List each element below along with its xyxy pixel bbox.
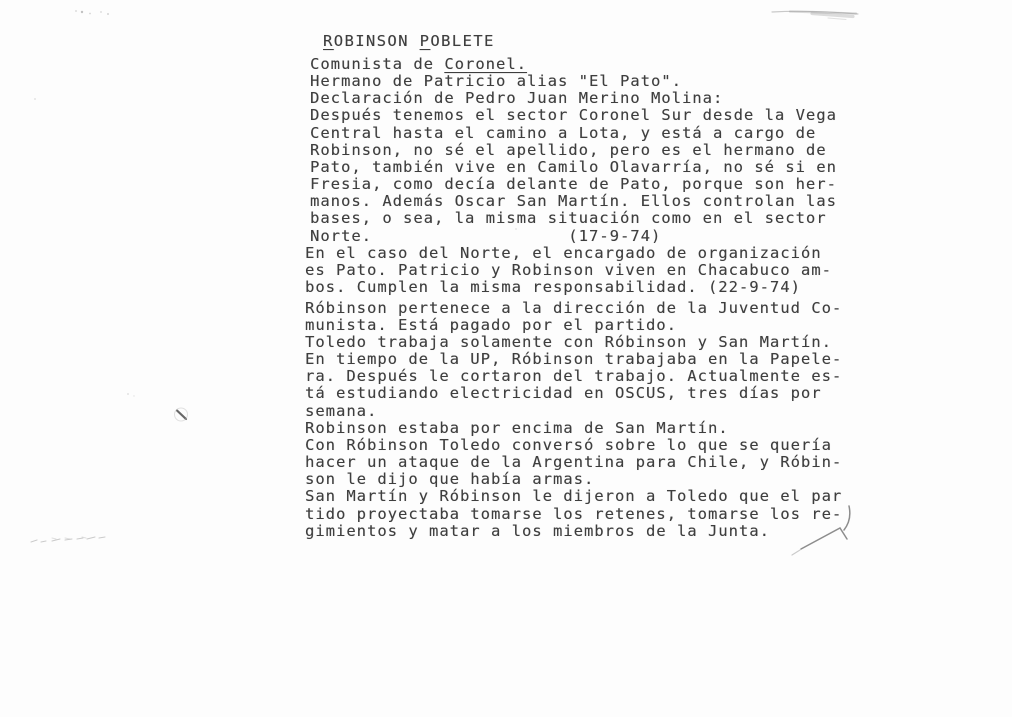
text-segment: Declaración de Pedro Juan Merino Molina: (310, 89, 723, 107)
document-line: Con Róbinson Toledo conversó sobre lo qu… (305, 437, 842, 454)
document-line: ra. Después le cortaron del trabajo. Act… (305, 368, 842, 385)
document-line: son le dijo que había armas. (305, 471, 842, 488)
text-segment: Fresia, como decía delante de Pato, porq… (310, 175, 837, 193)
text-segment: son le dijo que había armas. (305, 470, 594, 488)
text-segment: En tiempo de la UP, Róbinson trabajaba e… (305, 350, 842, 368)
document-line: tido proyectaba tomarse los retenes, tom… (305, 506, 842, 523)
document-line: tá estudiando electricidad en OSCUS, tre… (305, 385, 842, 402)
text-segment: Central hasta el camino a Lota, y está a… (310, 124, 816, 142)
text-segment: hacer un ataque de la Argentina para Chi… (305, 453, 842, 471)
text-segment: munista. Está pagado por el partido. (305, 316, 677, 334)
document-line: Central hasta el camino a Lota, y está a… (310, 125, 842, 142)
text-segment: Robinson, no sé el apellido, pero es el … (310, 141, 827, 159)
document-line: manos. Además Oscar San Martín. Ellos co… (310, 193, 842, 210)
document-line: Robinson, no sé el apellido, pero es el … (310, 142, 842, 159)
document-line: hacer un ataque de la Argentina para Chi… (305, 454, 842, 471)
text-segment: ra. Después le cortaron del trabajo. Act… (305, 367, 842, 385)
text-segment: Pato, también vive en Camilo Olavarría, … (310, 158, 837, 176)
text-segment: es Pato. Patricio y Robinson viven en Ch… (305, 261, 832, 279)
document-line: Pato, también vive en Camilo Olavarría, … (310, 159, 842, 176)
document-line: bos. Cumplen la misma responsabilidad. (… (305, 279, 842, 296)
text-segment: bases, o sea, la misma situación como en… (310, 209, 827, 227)
document-line: En el caso del Norte, el encargado de or… (305, 245, 842, 262)
document-line: En tiempo de la UP, Róbinson trabajaba e… (305, 351, 842, 368)
document-line: Hermano de Patricio alias "El Pato". (310, 73, 842, 90)
document-lines: Comunista de Coronel.Hermano de Patricio… (305, 56, 842, 540)
underlined-text: P (420, 32, 431, 50)
text-segment: semana. (305, 402, 377, 420)
document-line: Después tenemos el sector Coronel Sur de… (310, 107, 842, 124)
document-line: Róbinson pertenece a la dirección de la … (305, 300, 842, 317)
document-line: Toledo trabaja solamente con Róbinson y … (305, 334, 842, 351)
text-segment: gimientos y matar a los miembros de la J… (305, 522, 770, 540)
pencil-scribble-icon (31, 537, 105, 542)
page-title: ROBINSON POBLETE (323, 33, 495, 50)
text-segment: San Martín y Róbinson le dijeron a Toled… (305, 487, 842, 505)
document-page: ROBINSON POBLETE Comunista de Coronel.He… (0, 0, 1012, 717)
document-line: Comunista de Coronel. (310, 56, 842, 73)
text-segment: tido proyectaba tomarse los retenes, tom… (305, 505, 842, 523)
document-line: San Martín y Róbinson le dijeron a Toled… (305, 488, 842, 505)
text-segment: Norte. (17-9-74) (310, 227, 661, 245)
underlined-text: R (323, 32, 334, 50)
text-segment: Toledo trabaja solamente con Róbinson y … (305, 333, 832, 351)
text-segment: Róbinson pertenece a la dirección de la … (305, 299, 842, 317)
text-segment: tá estudiando electricidad en OSCUS, tre… (305, 384, 822, 402)
text-segment: En el caso del Norte, el encargado de or… (305, 244, 822, 262)
text-segment: Hermano de Patricio alias "El Pato". (310, 72, 682, 90)
document-line: Fresia, como decía delante de Pato, porq… (310, 176, 842, 193)
text-segment: OBINSON (334, 32, 420, 50)
document-line: semana. (305, 403, 842, 420)
text-segment: Comunista de (310, 55, 444, 73)
text-segment: Con Róbinson Toledo conversó sobre lo qu… (305, 436, 832, 454)
document-line: bases, o sea, la misma situación como en… (310, 210, 842, 227)
text-segment: Robinson estaba por encima de San Martín… (305, 419, 729, 437)
text-segment: manos. Además Oscar San Martín. Ellos co… (310, 192, 837, 210)
document-line: es Pato. Patricio y Robinson viven en Ch… (305, 262, 842, 279)
document-line: Declaración de Pedro Juan Merino Molina: (310, 90, 842, 107)
text-segment: OBLETE (430, 32, 494, 50)
document-line: Robinson estaba por encima de San Martín… (305, 420, 842, 437)
document-line: munista. Está pagado por el partido. (305, 317, 842, 334)
text-segment: Después tenemos el sector Coronel Sur de… (310, 106, 837, 124)
document-line: gimientos y matar a los miembros de la J… (305, 523, 842, 540)
underlined-text: Coronel. (444, 55, 527, 73)
text-segment: bos. Cumplen la misma responsabilidad. (… (305, 278, 801, 296)
document-line: Norte. (17-9-74) (310, 228, 842, 245)
pencil-tick-icon (175, 408, 188, 421)
scanner-streak-icon (772, 11, 858, 19)
